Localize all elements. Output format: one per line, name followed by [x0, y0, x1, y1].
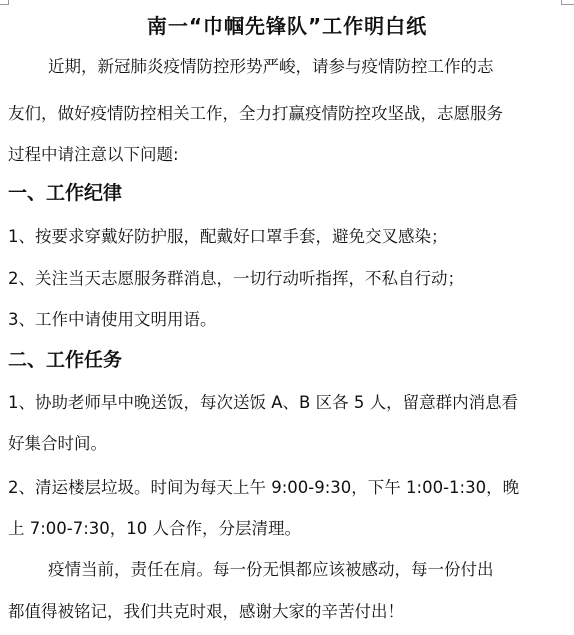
discipline-item-3: 3、工作中请使用文明用语。 [8, 306, 217, 330]
task-item-2-line-2: 上 7:00-7:30，10 人合作，分层清理。 [8, 515, 301, 539]
intro-line-1: 近期，新冠肺炎疫情防控形势严峻，请参与疫情防控工作的志 [8, 53, 494, 77]
section-heading-tasks: 二、工作任务 [8, 345, 122, 372]
task-item-2-line-1: 2、清运楼层垃圾。时间为每天上午 9:00-9:30，下午 1:00-1:30，… [8, 474, 519, 498]
discipline-item-2: 2、关注当天志愿服务群消息，一切行动听指挥，不私自行动； [8, 265, 464, 289]
section-heading-discipline: 一、工作纪律 [8, 178, 122, 205]
closing-line-2: 都值得被铭记，我们共克时艰，感谢大家的辛苦付出！ [8, 598, 404, 622]
page-corner-mark-right [561, 0, 574, 5]
intro-line-3: 过程中请注意以下问题: [8, 141, 179, 165]
task-item-1-line-1: 1、协助老师早中晚送饭，每次送饭 A、B 区各 5 人，留意群内消息看 [8, 389, 518, 413]
discipline-item-1: 1、按要求穿戴好防护服，配戴好口罩手套，避免交叉感染； [8, 223, 448, 247]
document-title: 南一“巾帼先锋队”工作明白纸 [0, 10, 574, 39]
task-item-1-line-2: 好集合时间。 [8, 430, 107, 454]
intro-line-2: 友们，做好疫情防控相关工作，全力打赢疫情防控攻坚战，志愿服务 [8, 100, 503, 124]
closing-line-1: 疫情当前，责任在肩。每一份无惧都应该被感动，每一份付出 [8, 556, 494, 580]
page-corner-mark-left [0, 0, 9, 5]
